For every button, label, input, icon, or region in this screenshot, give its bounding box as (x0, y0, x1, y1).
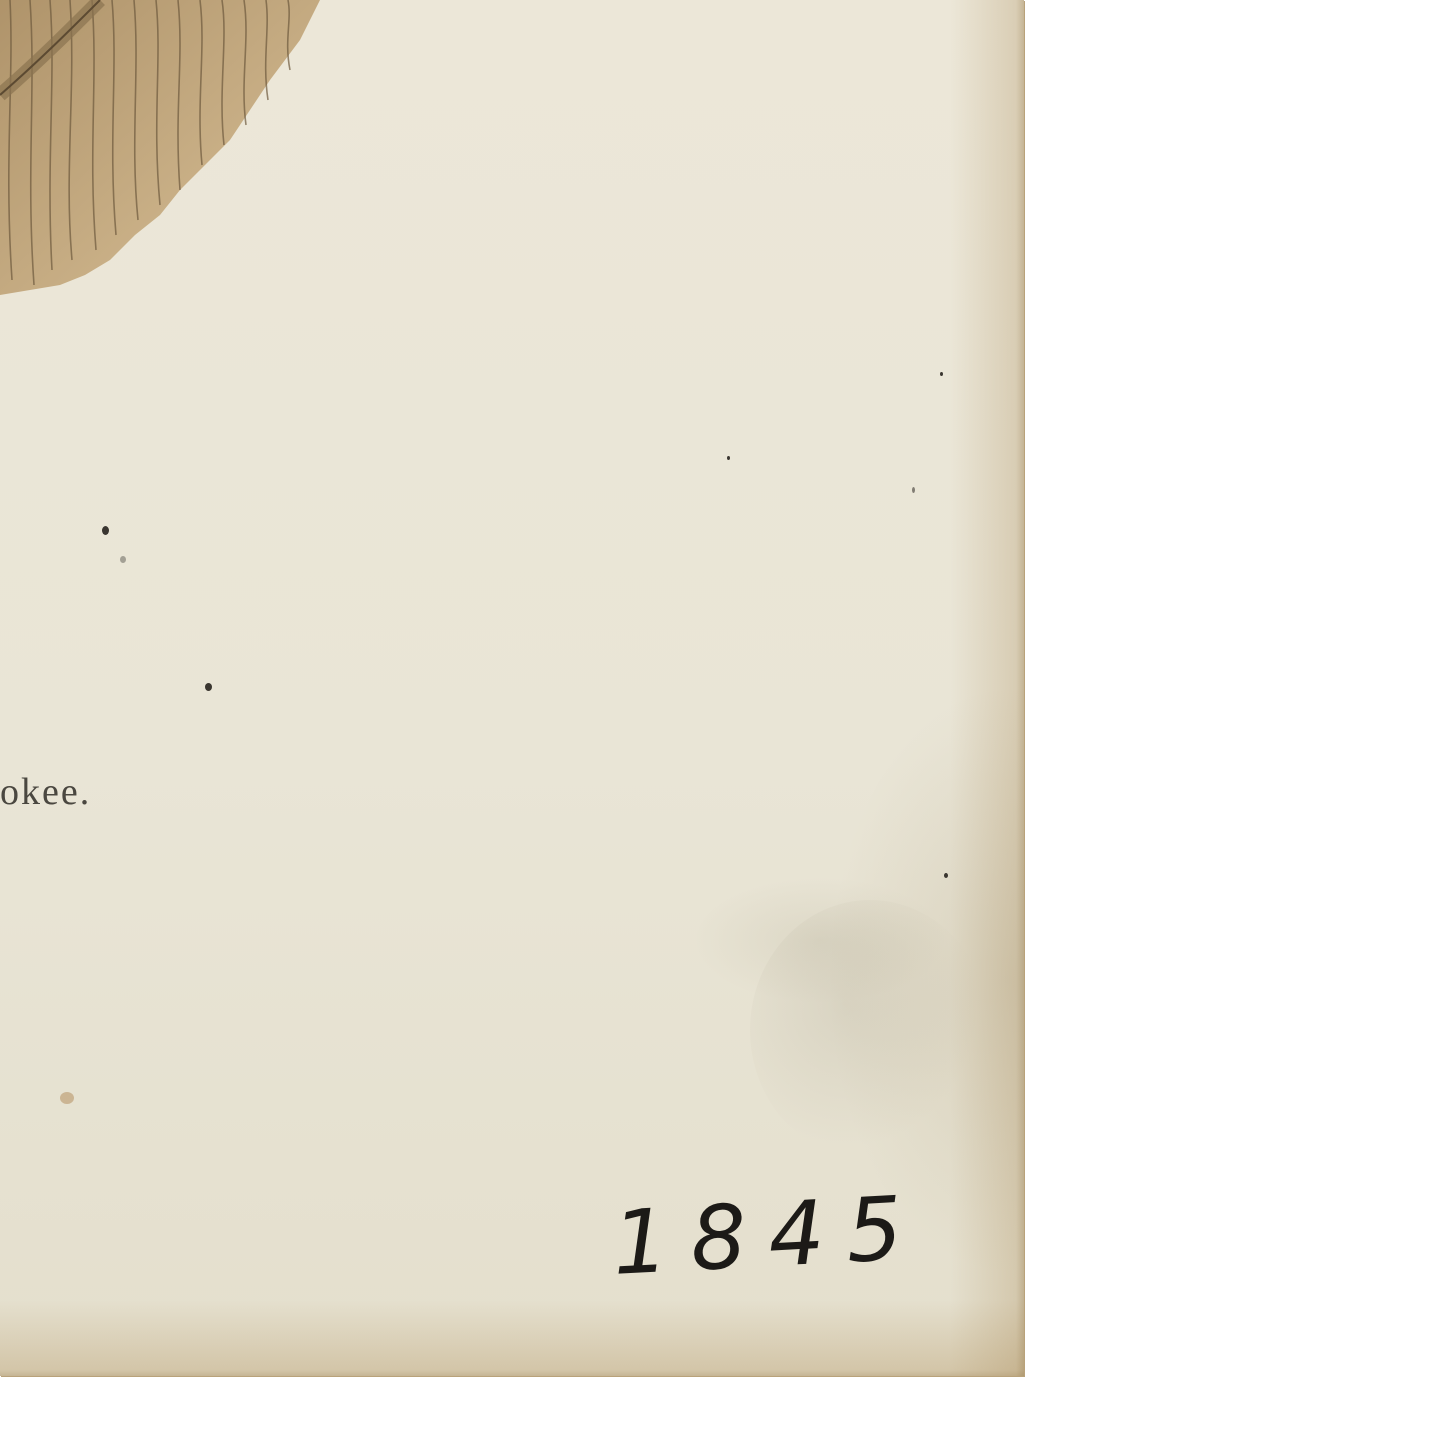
ink-speck (727, 456, 730, 460)
ink-speck (940, 372, 943, 376)
ink-speck (912, 487, 915, 493)
print-caption-fragment: okee. (0, 770, 91, 814)
handwritten-year: 1845 (610, 1176, 927, 1295)
ink-speck (102, 526, 109, 535)
fur-illustration (0, 0, 330, 300)
ink-speck (120, 556, 126, 563)
foxing-stain (60, 1092, 74, 1104)
ink-speck (205, 683, 212, 691)
ink-speck (944, 873, 948, 878)
fold-stain (750, 900, 990, 1160)
antique-print-paper: okee. 1845 (0, 0, 1024, 1376)
